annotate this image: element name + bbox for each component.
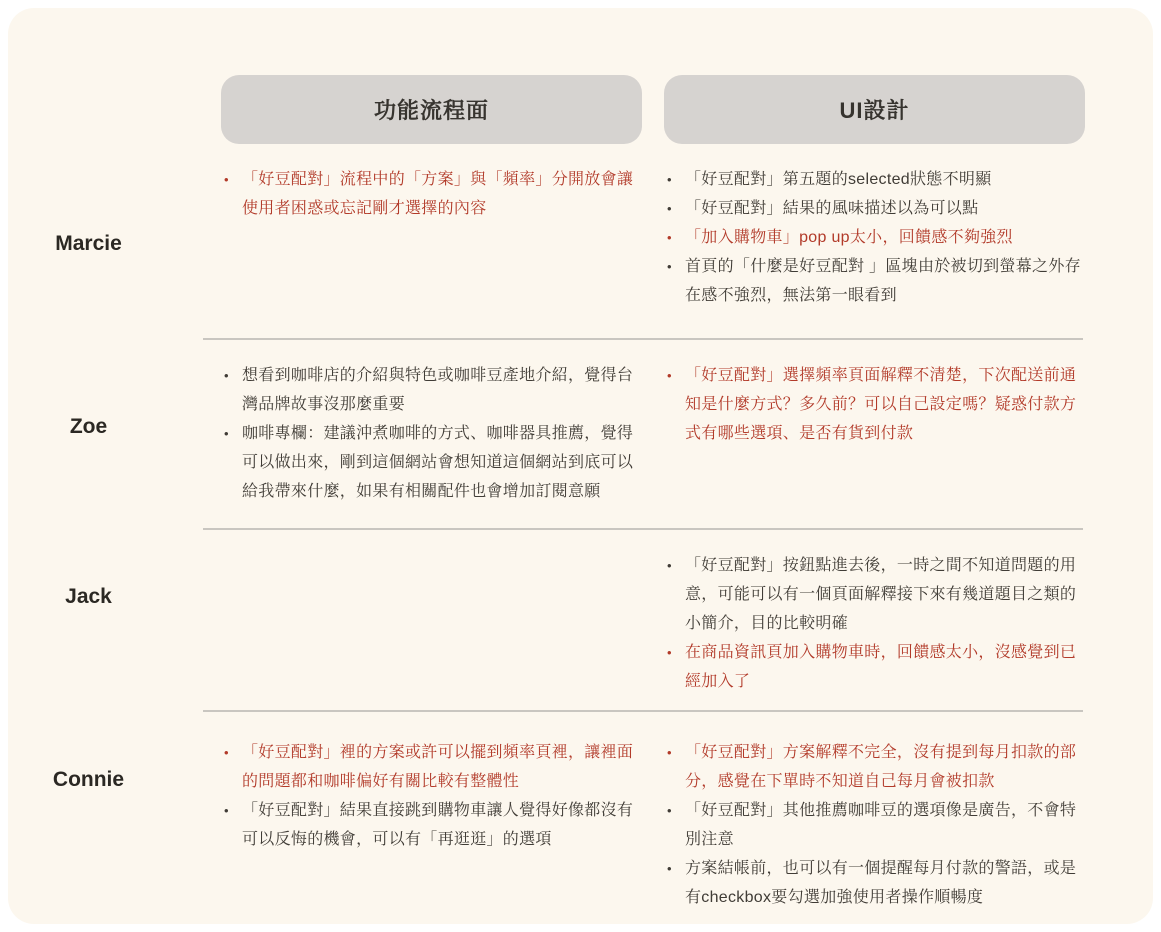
feedback-list: •「好豆配對」裡的方案或許可以擺到頻率頁裡，讓裡面的問題都和咖啡偏好有關比較有整… [221, 712, 642, 868]
feedback-text: 「好豆配對」選擇頻率頁面解釋不清楚，下次配送前通知是什麼方式？多久前？可以自己設… [685, 361, 1085, 448]
bullet-icon: • [221, 738, 242, 796]
feedback-cell-functional [221, 530, 642, 710]
feedback-cell-ui: •「好豆配對」選擇頻率頁面解釋不清楚，下次配送前通知是什麼方式？多久前？可以自己… [664, 340, 1085, 528]
bullet-icon: • [664, 165, 685, 194]
feedback-item: •「好豆配對」結果直接跳到購物車讓人覺得好像都沒有可以反悔的機會，可以有「再逛逛… [221, 796, 642, 854]
feedback-list [221, 530, 642, 565]
feedback-cell-ui: •「好豆配對」按鈕點進去後，一時之間不知道問題的用意，可能可以有一個頁面解釋接下… [664, 530, 1085, 710]
participant-name: Marcie [8, 144, 221, 258]
feedback-cell-functional: •「好豆配對」裡的方案或許可以擺到頻率頁裡，讓裡面的問題都和咖啡偏好有關比較有整… [221, 712, 642, 924]
feedback-cell-ui: •「好豆配對」第五題的selected狀態不明顯•「好豆配對」結果的風味描述以為… [664, 144, 1085, 338]
feedback-board-card: 功能流程面 UI設計 Marcie•「好豆配對」流程中的「方案」與「頻率」分開放… [8, 8, 1153, 924]
feedback-item: •想看到咖啡店的介紹與特色或咖啡豆產地介紹，覺得台灣品牌故事沒那麼重要 [221, 361, 642, 419]
column-headers: 功能流程面 UI設計 [8, 75, 1153, 144]
feedback-text: 「好豆配對」結果的風味描述以為可以點 [685, 194, 1085, 223]
feedback-list: •「好豆配對」按鈕點進去後，一時之間不知道問題的用意，可能可以有一個頁面解釋接下… [664, 530, 1085, 710]
feedback-list: •「好豆配對」流程中的「方案」與「頻率」分開放會讓使用者困惑或忘記剛才選擇的內容 [221, 144, 642, 237]
feedback-item: •在商品資訊頁加入購物車時，回饋感太小，沒感覺到已經加入了 [664, 638, 1085, 696]
bullet-icon: • [221, 419, 242, 506]
feedback-text: 「好豆配對」其他推薦咖啡豆的選項像是廣告，不會特別注意 [685, 796, 1085, 854]
feedback-list: •「好豆配對」選擇頻率頁面解釋不清楚，下次配送前通知是什麼方式？多久前？可以自己… [664, 340, 1085, 462]
feedback-item: •「好豆配對」裡的方案或許可以擺到頻率頁裡，讓裡面的問題都和咖啡偏好有關比較有整… [221, 738, 642, 796]
feedback-item: •「好豆配對」按鈕點進去後，一時之間不知道問題的用意，可能可以有一個頁面解釋接下… [664, 551, 1085, 638]
participant-row-jack: Jack•「好豆配對」按鈕點進去後，一時之間不知道問題的用意，可能可以有一個頁面… [8, 530, 1153, 710]
feedback-item: •「好豆配對」選擇頻率頁面解釋不清楚，下次配送前通知是什麼方式？多久前？可以自己… [664, 361, 1085, 448]
feedback-text: 咖啡專欄：建議沖煮咖啡的方式、咖啡器具推薦，覺得可以做出來，剛到這個網站會想知道… [242, 419, 642, 506]
feedback-item: •首頁的「什麼是好豆配對 」區塊由於被切到螢幕之外存在感不強烈，無法第一眼看到 [664, 252, 1085, 310]
bullet-icon: • [664, 638, 685, 696]
bullet-icon: • [221, 796, 242, 854]
column-header-ui-design: UI設計 [664, 75, 1085, 144]
feedback-text: 首頁的「什麼是好豆配對 」區塊由於被切到螢幕之外存在感不強烈，無法第一眼看到 [685, 252, 1085, 310]
bullet-icon: • [664, 252, 685, 310]
feedback-text: 想看到咖啡店的介紹與特色或咖啡豆產地介紹，覺得台灣品牌故事沒那麼重要 [242, 361, 642, 419]
feedback-list: •「好豆配對」第五題的selected狀態不明顯•「好豆配對」結果的風味描述以為… [664, 144, 1085, 324]
feedback-text: 「加入購物車」pop up太小，回饋感不夠強烈 [685, 223, 1085, 252]
feedback-item: •「好豆配對」其他推薦咖啡豆的選項像是廣告，不會特別注意 [664, 796, 1085, 854]
participant-name: Connie [8, 712, 221, 794]
bullet-icon: • [664, 223, 685, 252]
bullet-icon: • [664, 738, 685, 796]
bullet-icon: • [221, 361, 242, 419]
bullet-icon: • [221, 165, 242, 223]
feedback-text: 方案結帳前，也可以有一個提醒每月付款的警語，或是有checkbox要勾選加強使用… [685, 854, 1085, 912]
participant-row-marcie: Marcie•「好豆配對」流程中的「方案」與「頻率」分開放會讓使用者困惑或忘記剛… [8, 144, 1153, 338]
bullet-icon: • [664, 796, 685, 854]
feedback-item: •方案結帳前，也可以有一個提醒每月付款的警語，或是有checkbox要勾選加強使… [664, 854, 1085, 912]
feedback-item: •「好豆配對」方案解釋不完全，沒有提到每月扣款的部分，感覺在下單時不知道自己每月… [664, 738, 1085, 796]
participant-row-connie: Connie•「好豆配對」裡的方案或許可以擺到頻率頁裡，讓裡面的問題都和咖啡偏好… [8, 712, 1153, 924]
participant-name: Zoe [8, 340, 221, 441]
participant-name: Jack [8, 530, 221, 611]
feedback-cell-functional: •想看到咖啡店的介紹與特色或咖啡豆產地介紹，覺得台灣品牌故事沒那麼重要•咖啡專欄… [221, 340, 642, 528]
column-header-functional-flow: 功能流程面 [221, 75, 642, 144]
feedback-cell-functional: •「好豆配對」流程中的「方案」與「頻率」分開放會讓使用者困惑或忘記剛才選擇的內容 [221, 144, 642, 338]
participant-row-zoe: Zoe•想看到咖啡店的介紹與特色或咖啡豆產地介紹，覺得台灣品牌故事沒那麼重要•咖… [8, 340, 1153, 528]
bullet-icon: • [664, 361, 685, 448]
feedback-text: 「好豆配對」結果直接跳到購物車讓人覺得好像都沒有可以反悔的機會，可以有「再逛逛」… [242, 796, 642, 854]
bullet-icon: • [664, 551, 685, 638]
bullet-icon: • [664, 194, 685, 223]
participant-rows: Marcie•「好豆配對」流程中的「方案」與「頻率」分開放會讓使用者困惑或忘記剛… [8, 144, 1153, 924]
feedback-text: 「好豆配對」按鈕點進去後，一時之間不知道問題的用意，可能可以有一個頁面解釋接下來… [685, 551, 1085, 638]
feedback-item: •「加入購物車」pop up太小，回饋感不夠強烈 [664, 223, 1085, 252]
feedback-text: 在商品資訊頁加入購物車時，回饋感太小，沒感覺到已經加入了 [685, 638, 1085, 696]
bullet-icon: • [664, 854, 685, 912]
feedback-cell-ui: •「好豆配對」方案解釋不完全，沒有提到每月扣款的部分，感覺在下單時不知道自己每月… [664, 712, 1085, 924]
feedback-text: 「好豆配對」方案解釋不完全，沒有提到每月扣款的部分，感覺在下單時不知道自己每月會… [685, 738, 1085, 796]
feedback-list: •想看到咖啡店的介紹與特色或咖啡豆產地介紹，覺得台灣品牌故事沒那麼重要•咖啡專欄… [221, 340, 642, 520]
feedback-text: 「好豆配對」流程中的「方案」與「頻率」分開放會讓使用者困惑或忘記剛才選擇的內容 [242, 165, 642, 223]
feedback-item: •「好豆配對」第五題的selected狀態不明顯 [664, 165, 1085, 194]
feedback-item: •「好豆配對」結果的風味描述以為可以點 [664, 194, 1085, 223]
feedback-text: 「好豆配對」第五題的selected狀態不明顯 [685, 165, 1085, 194]
feedback-item: •咖啡專欄：建議沖煮咖啡的方式、咖啡器具推薦，覺得可以做出來，剛到這個網站會想知… [221, 419, 642, 506]
feedback-item: •「好豆配對」流程中的「方案」與「頻率」分開放會讓使用者困惑或忘記剛才選擇的內容 [221, 165, 642, 223]
feedback-text: 「好豆配對」裡的方案或許可以擺到頻率頁裡，讓裡面的問題都和咖啡偏好有關比較有整體… [242, 738, 642, 796]
feedback-list: •「好豆配對」方案解釋不完全，沒有提到每月扣款的部分，感覺在下單時不知道自己每月… [664, 712, 1085, 924]
